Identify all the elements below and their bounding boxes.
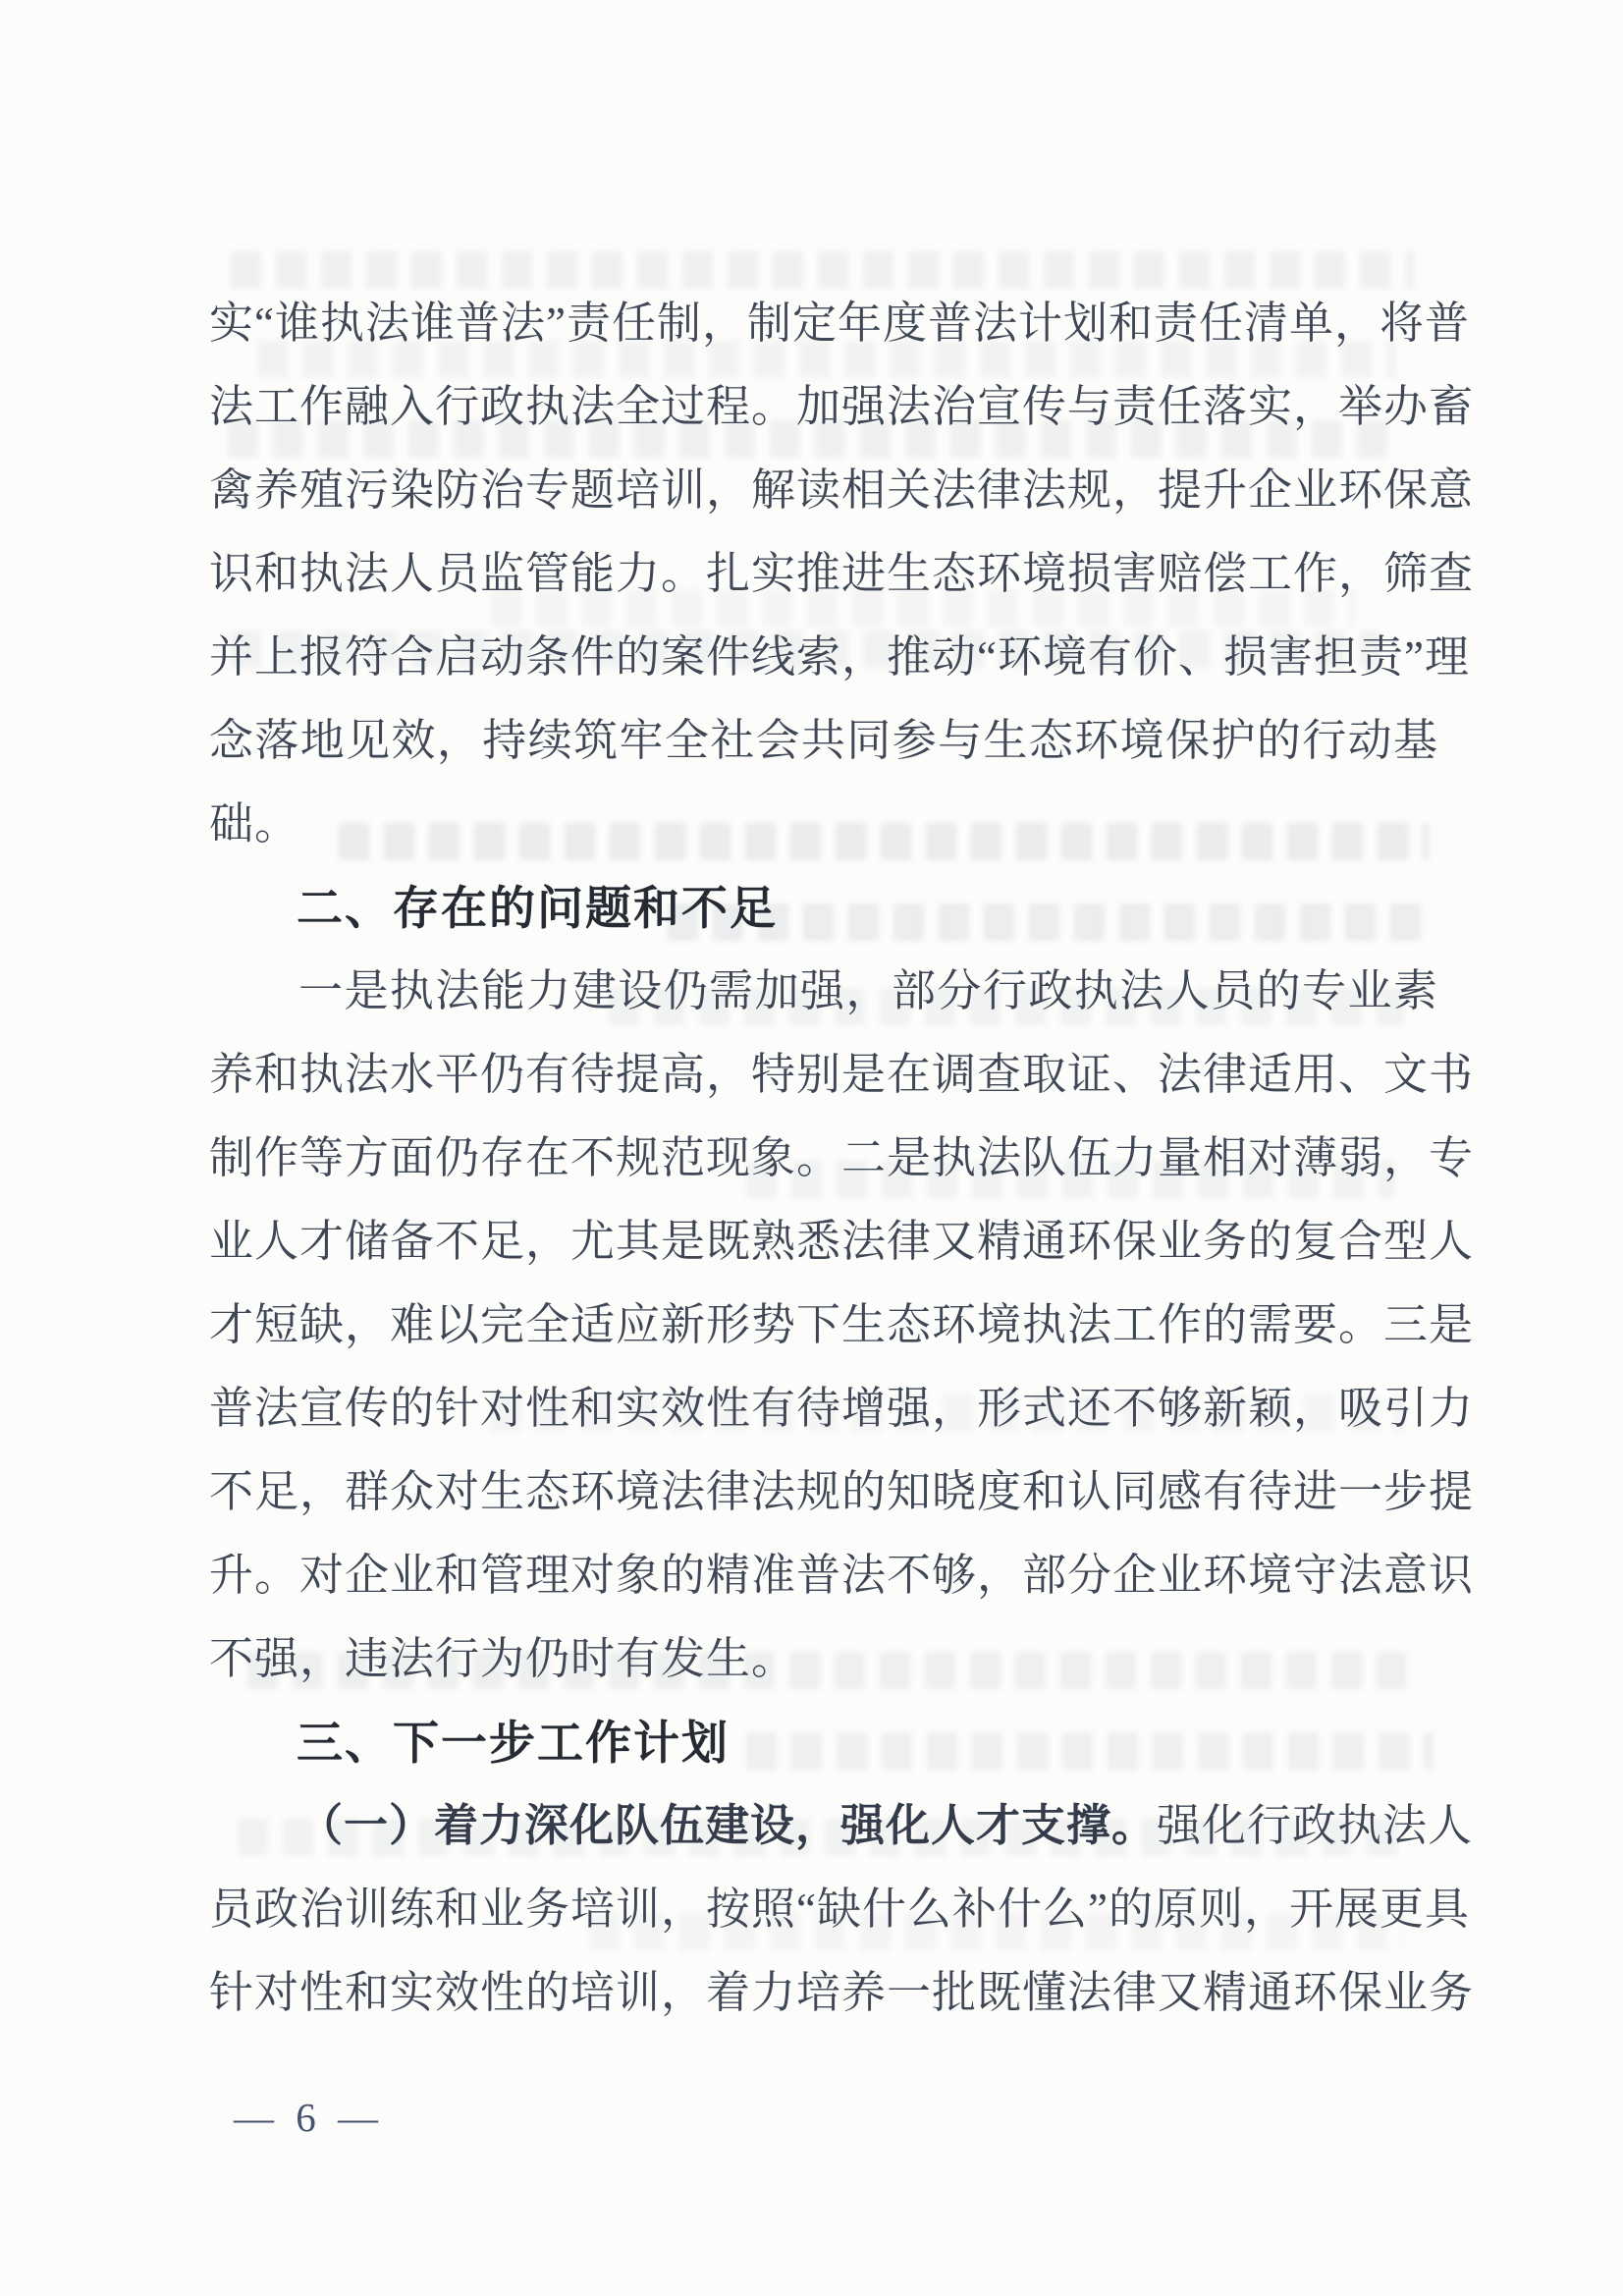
text-line: 实“谁执法谁普法”责任制，制定年度普法计划和责任清单，将普 [209, 282, 1438, 365]
text-line: 识和执法人员监管能力。扎实推进生态环境损害赔偿工作，筛查 [209, 532, 1438, 616]
text-line: 养和执法水平仍有待提高，特别是在调查取证、法律适用、文书 [209, 1033, 1438, 1117]
text-line: 才短缺，难以完全适应新形势下生态环境执法工作的需要。三是 [209, 1284, 1438, 1367]
section-heading-problems: 二、存在的问题和不足 [209, 866, 1438, 950]
subitem-lead-text: （一）着力深化队伍建设，强化人才支撑。 [298, 1801, 1157, 1850]
text-line: 制作等方面仍存在不规范现象。二是执法队伍力量相对薄弱，专 [209, 1117, 1438, 1200]
text-line: （一）着力深化队伍建设，强化人才支撑。强化行政执法人 [209, 1784, 1438, 1868]
document-page: 实“谁执法谁普法”责任制，制定年度普法计划和责任清单，将普 法工作融入行政执法全… [0, 0, 1623, 2296]
text-line: 础。 [209, 783, 1438, 866]
page-number: — 6 — [234, 2088, 450, 2147]
section-heading-next-steps: 三、下一步工作计划 [209, 1701, 1438, 1784]
text-line: 禽养殖污染防治专题培训，解读相关法律法规，提升企业环保意 [209, 449, 1438, 532]
text-line: 针对性和实效性的培训，着力培养一批既懂法律又精通环保业务 [209, 1951, 1438, 2035]
text-line: 业人才储备不足，尤其是既熟悉法律又精通环保业务的复合型人 [209, 1200, 1438, 1284]
text-line: 念落地见效，持续筑牢全社会共同参与生态环境保护的行动基 [209, 699, 1438, 783]
text-line: 普法宣传的针对性和实效性有待增强，形式还不够新颖，吸引力 [209, 1367, 1438, 1450]
text-line-rest: 强化行政执法人 [1157, 1801, 1473, 1850]
text-line: 员政治训练和业务培训，按照“缺什么补什么”的原则，开展更具 [209, 1868, 1438, 1951]
text-line: 并上报符合启动条件的案件线索，推动“环境有价、损害担责”理 [209, 616, 1438, 699]
text-line: 升。对企业和管理对象的精准普法不够，部分企业环境守法意识 [209, 1534, 1438, 1617]
text-line: 一是执法能力建设仍需加强，部分行政执法人员的专业素 [209, 950, 1438, 1033]
text-line: 不强，违法行为仍时有发生。 [209, 1617, 1438, 1701]
document-body: 实“谁执法谁普法”责任制，制定年度普法计划和责任清单，将普 法工作融入行政执法全… [209, 282, 1438, 2035]
text-line: 不足，群众对生态环境法律法规的知晓度和认同感有待进一步提 [209, 1450, 1438, 1534]
text-line: 法工作融入行政执法全过程。加强法治宣传与责任落实，举办畜 [209, 365, 1438, 449]
